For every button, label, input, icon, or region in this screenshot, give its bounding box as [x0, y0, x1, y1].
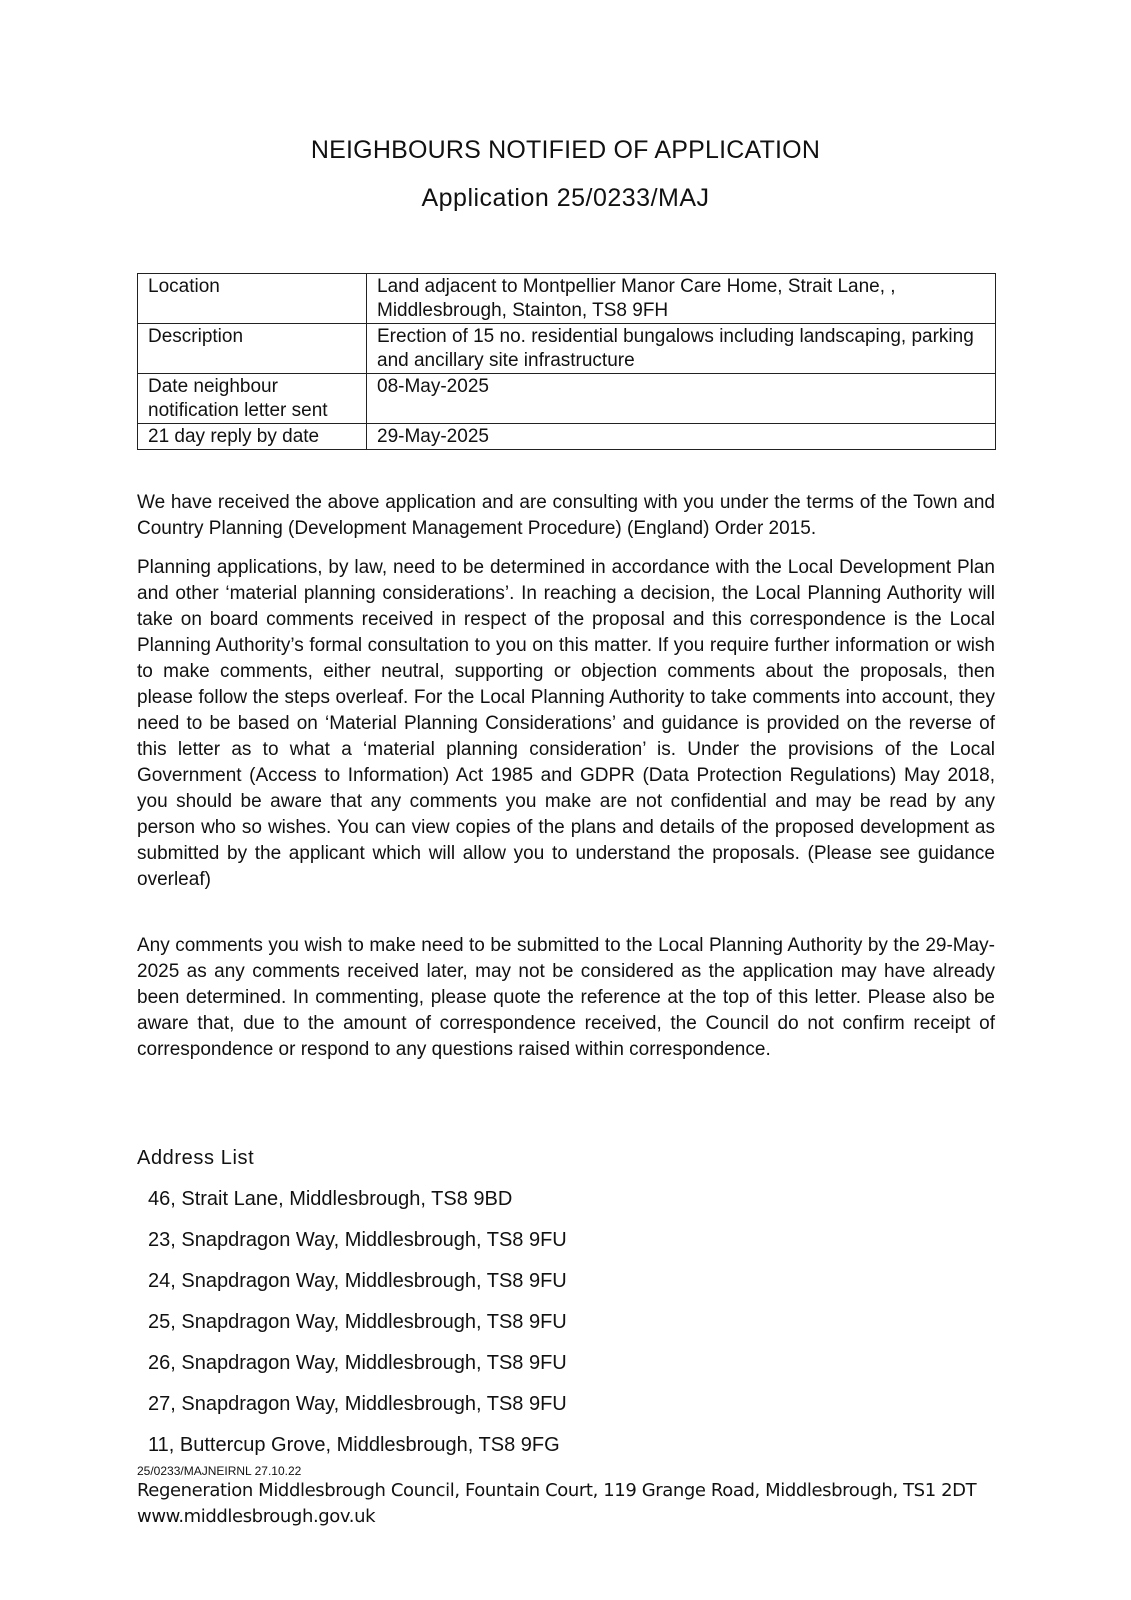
table-row-description: Description Erection of 15 no. residenti… — [138, 324, 996, 374]
row-value: Land adjacent to Montpellier Manor Care … — [367, 274, 996, 324]
application-details-table: Location Land adjacent to Montpellier Ma… — [137, 273, 996, 450]
list-item: 26, Snapdragon Way, Middlesbrough, TS8 9… — [148, 1351, 567, 1392]
row-label: Location — [138, 274, 367, 324]
letter-page: NEIGHBOURS NOTIFIED OF APPLICATION Appli… — [0, 0, 1131, 1600]
list-item: 24, Snapdragon Way, Middlesbrough, TS8 9… — [148, 1269, 567, 1310]
footer-website: www.middlesbrough.gov.uk — [137, 1506, 375, 1527]
paragraph-consultation: We have received the above application a… — [137, 490, 995, 542]
paragraph-comment-deadline: Any comments you wish to make need to be… — [137, 933, 995, 1063]
row-value: Erection of 15 no. residential bungalows… — [367, 324, 996, 374]
list-item: 46, Strait Lane, Middlesbrough, TS8 9BD — [148, 1187, 567, 1228]
address-list-heading: Address List — [137, 1147, 254, 1170]
address-list: 46, Strait Lane, Middlesbrough, TS8 9BD … — [148, 1187, 567, 1474]
row-label: Description — [138, 324, 367, 374]
row-value: 08-May-2025 — [367, 374, 996, 424]
row-label: Date neighbour notification letter sent — [138, 374, 367, 424]
table-row-notification-date: Date neighbour notification letter sent … — [138, 374, 996, 424]
list-item: 27, Snapdragon Way, Middlesbrough, TS8 9… — [148, 1392, 567, 1433]
footer-reference: 25/0233/MAJNEIRNL 27.10.22 — [137, 1464, 301, 1478]
row-value: 29-May-2025 — [367, 424, 996, 450]
list-item: 23, Snapdragon Way, Middlesbrough, TS8 9… — [148, 1228, 567, 1269]
footer-council-address: Regeneration Middlesbrough Council, Foun… — [137, 1480, 976, 1501]
paragraph-planning-considerations: Planning applications, by law, need to b… — [137, 555, 995, 893]
table-row-location: Location Land adjacent to Montpellier Ma… — [138, 274, 996, 324]
row-label: 21 day reply by date — [138, 424, 367, 450]
application-reference: Application 25/0233/MAJ — [0, 184, 1131, 213]
list-item: 25, Snapdragon Way, Middlesbrough, TS8 9… — [148, 1310, 567, 1351]
table-row-reply-by-date: 21 day reply by date 29-May-2025 — [138, 424, 996, 450]
document-title: NEIGHBOURS NOTIFIED OF APPLICATION — [0, 136, 1131, 165]
